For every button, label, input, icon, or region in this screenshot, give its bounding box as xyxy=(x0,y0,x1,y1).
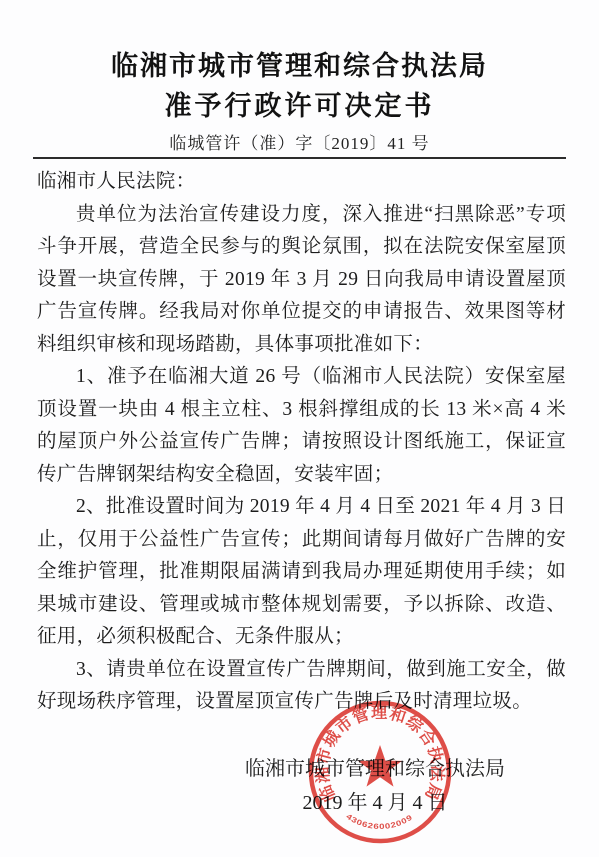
paragraph-item-2: 2、批准设置时间为 2019 年 4 月 4 日至 2021 年 4 月 3 日… xyxy=(37,491,566,654)
signature-block: 临湘市城市管理和综合执法局 2019 年 4 月 4 日 xyxy=(225,752,525,820)
paragraph-intro: 贵单位为法治宣传建设力度，深入推进“扫黑除恶”专项斗争开展，营造全民参与的舆论氛… xyxy=(37,199,566,362)
signature-agency: 临湘市城市管理和综合执法局 xyxy=(225,752,525,786)
salutation: 临湘市人民法院： xyxy=(37,166,566,199)
document-body: 临湘市人民法院： 贵单位为法治宣传建设力度，深入推进“扫黑除恶”专项斗争开展，营… xyxy=(37,166,566,719)
document-page: 临湘市城市管理和综合执法局 准予行政许可决定书 临城管许（准）字〔2019〕41… xyxy=(0,0,599,857)
document-title-agency: 临湘市城市管理和综合执法局 xyxy=(0,46,599,86)
document-title-type: 准予行政许可决定书 xyxy=(0,86,599,126)
paragraph-item-1: 1、准予在临湘大道 26 号（临湘市人民法院）安保室屋顶设置一块由 4 根主立柱… xyxy=(37,361,566,491)
document-number: 临城管许（准）字〔2019〕41 号 xyxy=(0,132,599,156)
signature-date: 2019 年 4 月 4 日 xyxy=(225,786,525,820)
paragraph-item-3: 3、请贵单位在设置宣传广告牌期间，做到施工安全，做好现场秩序管理，设置屋顶宣传广… xyxy=(37,654,566,719)
header-divider xyxy=(33,157,566,159)
